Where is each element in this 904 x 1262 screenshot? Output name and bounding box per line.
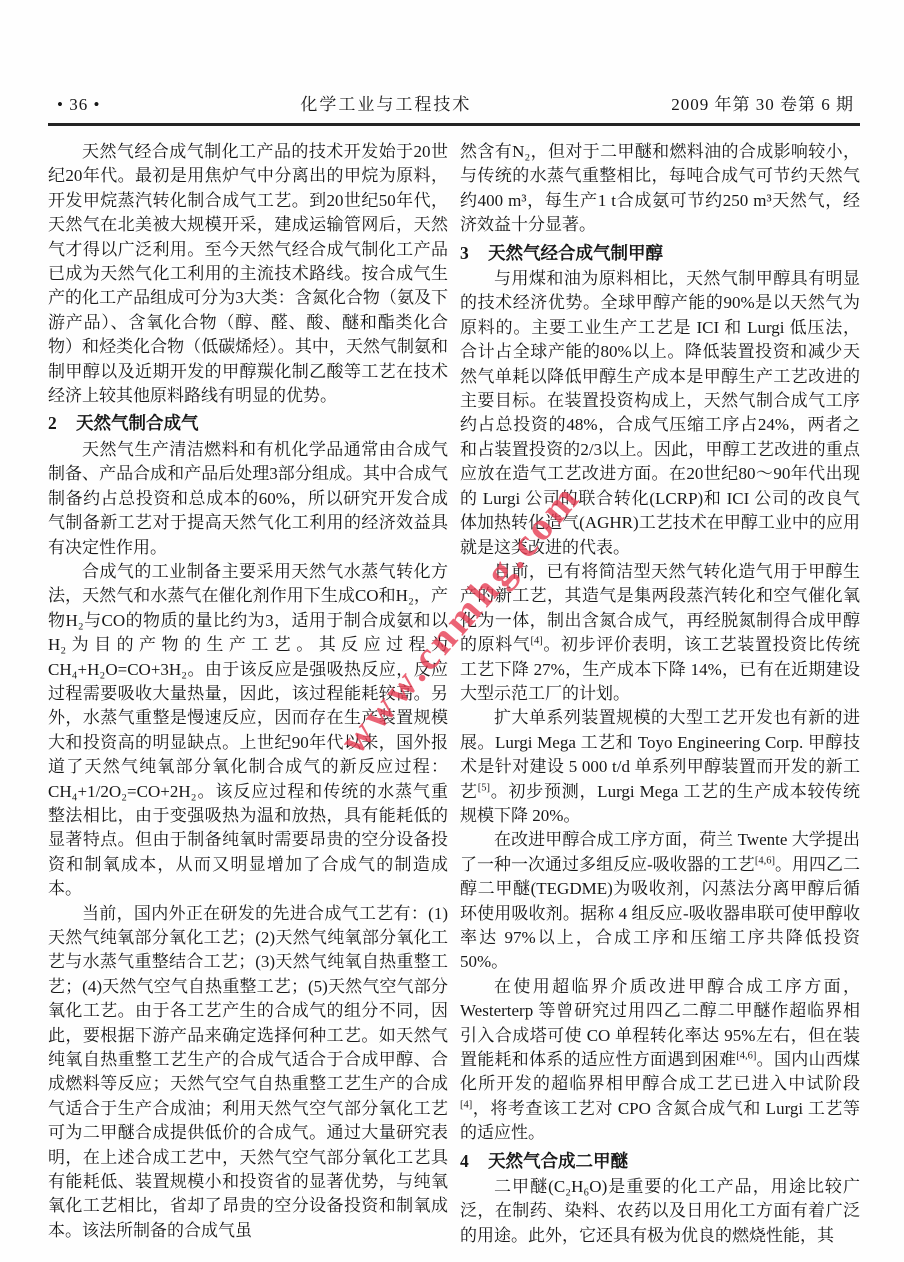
page-header: • 36 • 化学工业与工程技术 2009 年第 30 卷第 6 期 <box>57 90 854 115</box>
section-title: 天然气制合成气 <box>76 413 199 433</box>
paragraph: 在使用超临界介质改进甲醇合成工序方面，Westerterp 等曾研究过用四乙二醇… <box>460 975 860 1146</box>
section-number: 2 <box>48 413 57 433</box>
text-run: 然含有N₂，但对于二甲醚和燃料油的合成影响较小，与传统的水蒸气重整相比，每吨合成… <box>460 142 860 234</box>
text-run: 当前，国内外正在研发的先进合成气工艺有：(1)天然气纯氧部分氧化工艺；(2)天然… <box>48 904 448 1240</box>
section-number: 3 <box>460 243 469 263</box>
text-run: ，将考查该工艺对 CPO 含氮合成气和 Lurgi 工艺等的适应性。 <box>460 1099 860 1142</box>
citation-superscript: [4,6] <box>736 1050 756 1061</box>
column-left: 天然气经合成气制化工产品的技术开发始于20世纪20年代。最初是用焦炉气中分离出的… <box>48 140 448 1258</box>
text-run: 天然气经合成气制化工产品的技术开发始于20世纪20年代。最初是用焦炉气中分离出的… <box>48 142 448 405</box>
issue-info: 2009 年第 30 卷第 6 期 <box>671 90 854 115</box>
paragraph: 在改进甲醇合成工序方面，荷兰 Twente 大学提出了一种一次通过多组反应-吸收… <box>460 828 860 974</box>
paragraph: 目前，已有将简洁型天然气转化造气用于甲醇生产的新工艺，其造气是集两段蒸汽转化和空… <box>460 560 860 706</box>
column-right: 然含有N₂，但对于二甲醚和燃料油的合成影响较小，与传统的水蒸气重整相比，每吨合成… <box>460 140 860 1258</box>
paragraph: 合成气的工业制备主要采用天然气水蒸气转化方法，天然气和水蒸气在催化剂作用下生成C… <box>48 560 448 902</box>
header-rule <box>48 123 860 126</box>
text-columns: 天然气经合成气制化工产品的技术开发始于20世纪20年代。最初是用焦炉气中分离出的… <box>48 140 860 1258</box>
section-number: 4 <box>460 1151 469 1171</box>
paragraph: 当前，国内外正在研发的先进合成气工艺有：(1)天然气纯氧部分氧化工艺；(2)天然… <box>48 902 448 1244</box>
citation-superscript: [4] <box>531 635 543 646</box>
paragraph: 二甲醚(C₂H₆O)是重要的化工产品，用途比较广泛，在制药、染料、农药以及日用化… <box>460 1175 860 1248</box>
text-run: 合成气的工业制备主要采用天然气水蒸气转化方法，天然气和水蒸气在催化剂作用下生成C… <box>48 562 448 898</box>
paragraph-continuation: 然含有N₂，但对于二甲醚和燃料油的合成影响较小，与传统的水蒸气重整相比，每吨合成… <box>460 140 860 238</box>
page-number: • 36 • <box>57 95 100 115</box>
text-run: 二甲醚(C₂H₆O)是重要的化工产品，用途比较广泛，在制药、染料、农药以及日用化… <box>460 1177 860 1245</box>
text-run: 。初步预测，Lurgi Mega 工艺的生产成本较传统规模下降 20%。 <box>460 782 860 825</box>
section-title: 天然气经合成气制甲醇 <box>488 243 663 263</box>
text-run: 与用煤和油为原料相比，天然气制甲醇具有明显的技术经济优势。全球甲醇产能的90%是… <box>460 269 860 556</box>
journal-title: 化学工业与工程技术 <box>300 90 471 115</box>
citation-superscript: [5] <box>478 782 490 793</box>
citation-superscript: [4] <box>460 1099 472 1110</box>
section-heading: 2天然气制合成气 <box>48 411 448 435</box>
section-heading: 4天然气合成二甲醚 <box>460 1149 860 1173</box>
citation-superscript: [4,6] <box>755 855 775 866</box>
paragraph: 天然气经合成气制化工产品的技术开发始于20世纪20年代。最初是用焦炉气中分离出的… <box>48 140 448 408</box>
paragraph: 与用煤和油为原料相比，天然气制甲醇具有明显的技术经济优势。全球甲醇产能的90%是… <box>460 267 860 560</box>
paragraph: 扩大单系列装置规模的大型工艺开发也有新的进展。Lurgi Mega 工艺和 To… <box>460 706 860 828</box>
paragraph: 天然气生产清洁燃料和有机化学品通常由合成气制备、产品合成和产品后处理3部分组成。… <box>48 438 448 560</box>
section-title: 天然气合成二甲醚 <box>488 1151 628 1171</box>
section-heading: 3天然气经合成气制甲醇 <box>460 241 860 265</box>
text-run: 天然气生产清洁燃料和有机化学品通常由合成气制备、产品合成和产品后处理3部分组成。… <box>48 440 448 557</box>
scanned-journal-page: • 36 • 化学工业与工程技术 2009 年第 30 卷第 6 期 天然气经合… <box>0 0 904 1262</box>
